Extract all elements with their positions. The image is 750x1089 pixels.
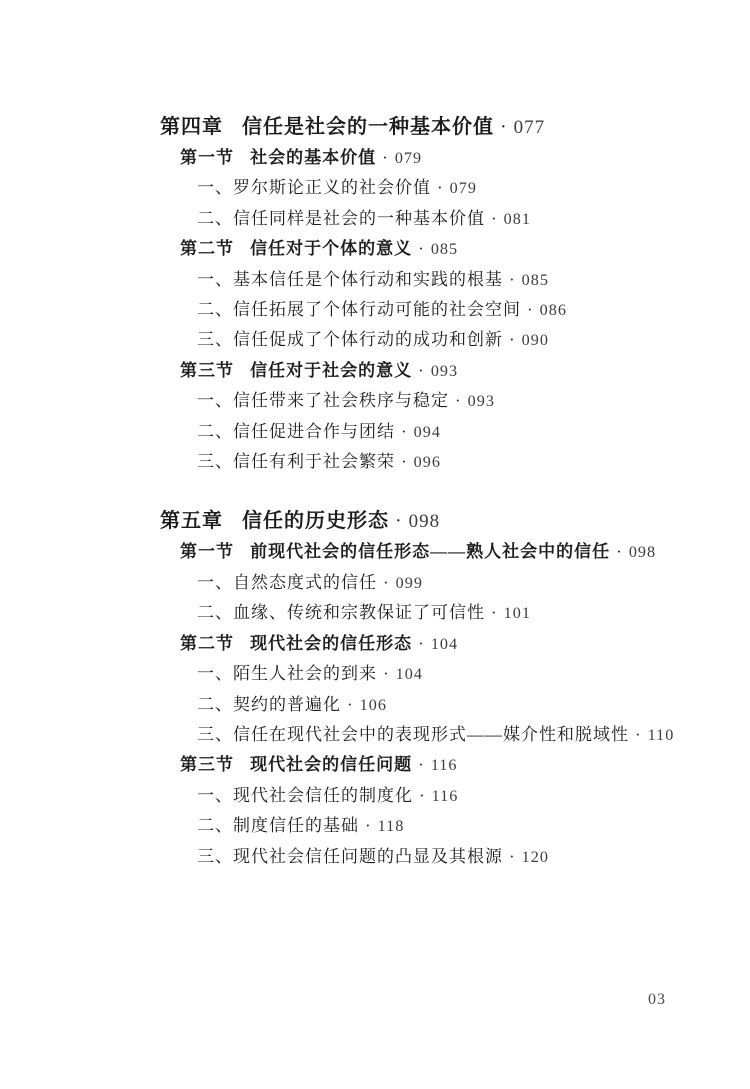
toc-item-page-ref: 094 xyxy=(414,424,441,441)
section-heading: 第一节社会的基本价值·079 xyxy=(180,143,750,173)
dot-separator: · xyxy=(500,116,508,138)
dot-separator: · xyxy=(382,148,389,167)
toc-item: 一、信任带来了社会秩序与稳定·093 xyxy=(197,386,750,416)
section-heading: 第一节前现代社会的信任形态——熟人社会中的信任·098 xyxy=(180,537,750,567)
toc-item-title: 一、陌生人社会的到来 xyxy=(197,664,377,683)
section-heading-title: 信任对于社会的意义 xyxy=(250,361,412,380)
chapter-heading: 第五章信任的历史形态·098 xyxy=(160,506,750,537)
toc-item-page-ref: 118 xyxy=(378,818,405,835)
section-heading-label: 第三节 xyxy=(180,361,234,380)
section-heading-title: 现代社会的信任形态 xyxy=(250,634,412,653)
dot-separator: · xyxy=(491,603,498,622)
toc-item-title: 三、信任促成了个体行动的成功和创新 xyxy=(197,330,503,349)
section-heading-title: 信任对于个体的意义 xyxy=(250,239,412,258)
section-heading-title: 现代社会的信任问题 xyxy=(250,755,412,774)
section-heading: 第二节信任对于个体的意义·085 xyxy=(180,234,750,264)
dot-separator: · xyxy=(635,725,642,744)
dot-separator: · xyxy=(347,695,354,714)
table-of-contents: 第四章信任是社会的一种基本价值·077第一节社会的基本价值·079一、罗尔斯论正… xyxy=(0,112,750,872)
section-heading-page-ref: 093 xyxy=(431,363,458,380)
toc-item-title: 二、信任同样是社会的一种基本价值 xyxy=(197,209,485,228)
toc-item: 二、契约的普遍化·106 xyxy=(197,690,750,720)
toc-item-title: 二、制度信任的基础 xyxy=(197,816,359,835)
toc-item-page-ref: 104 xyxy=(396,666,423,683)
toc-item: 二、信任促进合作与团结·094 xyxy=(197,417,750,447)
dot-separator: · xyxy=(455,391,462,410)
section-heading-label: 第一节 xyxy=(180,148,234,167)
toc-item: 二、信任同样是社会的一种基本价值·081 xyxy=(197,204,750,234)
toc-item-title: 二、契约的普遍化 xyxy=(197,695,341,714)
dot-separator: · xyxy=(418,755,425,774)
toc-item-title: 三、现代社会信任问题的凸显及其根源 xyxy=(197,847,503,866)
toc-item-page-ref: 099 xyxy=(396,575,423,592)
section-heading-page-ref: 079 xyxy=(395,150,422,167)
toc-item: 一、罗尔斯论正义的社会价值·079 xyxy=(197,173,750,203)
dot-separator: · xyxy=(418,361,425,380)
toc-item: 一、现代社会信任的制度化·116 xyxy=(197,781,750,811)
dot-separator: · xyxy=(491,209,498,228)
chapter-heading-label: 第五章 xyxy=(160,510,223,532)
dot-separator: · xyxy=(418,634,425,653)
section-heading: 第三节信任对于社会的意义·093 xyxy=(180,356,750,386)
section-heading-page-ref: 116 xyxy=(431,757,458,774)
toc-item-page-ref: 093 xyxy=(468,393,495,410)
dot-separator: · xyxy=(401,422,408,441)
toc-item-page-ref: 116 xyxy=(432,788,459,805)
toc-item-page-ref: 096 xyxy=(414,454,441,471)
toc-item-page-ref: 120 xyxy=(522,849,549,866)
toc-item: 一、陌生人社会的到来·104 xyxy=(197,659,750,689)
dot-separator: · xyxy=(509,847,516,866)
toc-item-page-ref: 085 xyxy=(522,272,549,289)
toc-item: 三、信任有利于社会繁荣·096 xyxy=(197,447,750,477)
toc-item-page-ref: 090 xyxy=(522,332,549,349)
toc-item-title: 三、信任有利于社会繁荣 xyxy=(197,452,395,471)
chapter-heading-page-ref: 077 xyxy=(514,117,546,138)
section-heading-title: 社会的基本价值 xyxy=(250,148,376,167)
toc-item-title: 一、自然态度式的信任 xyxy=(197,573,377,592)
dot-separator: · xyxy=(509,330,516,349)
toc-item: 二、信任拓展了个体行动可能的社会空间·086 xyxy=(197,295,750,325)
dot-separator: · xyxy=(527,300,534,319)
toc-item-page-ref: 079 xyxy=(450,180,477,197)
dot-separator: · xyxy=(419,786,426,805)
chapter-heading-label: 第四章 xyxy=(160,116,223,138)
toc-item-title: 三、信任在现代社会中的表现形式——媒介性和脱域性 xyxy=(197,725,629,744)
section-heading-title: 前现代社会的信任形态——熟人社会中的信任 xyxy=(250,542,610,561)
toc-item: 一、基本信任是个体行动和实践的根基·085 xyxy=(197,265,750,295)
page-number: 03 xyxy=(648,991,666,1009)
section-heading-label: 第二节 xyxy=(180,634,234,653)
dot-separator: · xyxy=(383,664,390,683)
section-heading: 第二节现代社会的信任形态·104 xyxy=(180,629,750,659)
chapter-heading: 第四章信任是社会的一种基本价值·077 xyxy=(160,112,750,143)
toc-item: 二、制度信任的基础·118 xyxy=(197,811,750,841)
dot-separator: · xyxy=(401,452,408,471)
dot-separator: · xyxy=(616,542,623,561)
toc-item-title: 二、血缘、传统和宗教保证了可信性 xyxy=(197,603,485,622)
toc-item-title: 二、信任拓展了个体行动可能的社会空间 xyxy=(197,300,521,319)
chapter-block: 第四章信任是社会的一种基本价值·077第一节社会的基本价值·079一、罗尔斯论正… xyxy=(0,112,750,477)
toc-item-page-ref: 110 xyxy=(648,727,675,744)
chapter-heading-title: 信任的历史形态 xyxy=(242,510,389,532)
toc-item-title: 一、信任带来了社会秩序与稳定 xyxy=(197,391,449,410)
toc-item: 三、信任在现代社会中的表现形式——媒介性和脱域性·110 xyxy=(197,720,750,750)
chapter-block: 第五章信任的历史形态·098第一节前现代社会的信任形态——熟人社会中的信任·09… xyxy=(0,506,750,871)
dot-separator: · xyxy=(418,239,425,258)
toc-item: 二、血缘、传统和宗教保证了可信性·101 xyxy=(197,598,750,628)
toc-item: 三、信任促成了个体行动的成功和创新·090 xyxy=(197,325,750,355)
toc-item-title: 一、基本信任是个体行动和实践的根基 xyxy=(197,270,503,289)
section-heading-label: 第一节 xyxy=(180,542,234,561)
section-heading-label: 第三节 xyxy=(180,755,234,774)
book-page: 第四章信任是社会的一种基本价值·077第一节社会的基本价值·079一、罗尔斯论正… xyxy=(0,0,750,1089)
toc-item-page-ref: 086 xyxy=(540,302,567,319)
toc-item-title: 一、罗尔斯论正义的社会价值 xyxy=(197,178,431,197)
dot-separator: · xyxy=(395,510,403,532)
toc-item-page-ref: 106 xyxy=(360,697,387,714)
toc-item: 三、现代社会信任问题的凸显及其根源·120 xyxy=(197,842,750,872)
toc-item-page-ref: 101 xyxy=(504,605,531,622)
dot-separator: · xyxy=(383,573,390,592)
toc-item-page-ref: 081 xyxy=(504,211,531,228)
section-heading-label: 第二节 xyxy=(180,239,234,258)
chapter-heading-page-ref: 098 xyxy=(409,511,441,532)
section-heading-page-ref: 104 xyxy=(431,636,458,653)
toc-item: 一、自然态度式的信任·099 xyxy=(197,568,750,598)
section-heading-page-ref: 085 xyxy=(431,241,458,258)
dot-separator: · xyxy=(437,178,444,197)
toc-item-title: 二、信任促进合作与团结 xyxy=(197,422,395,441)
chapter-heading-title: 信任是社会的一种基本价值 xyxy=(242,116,494,138)
section-heading-page-ref: 098 xyxy=(629,544,656,561)
dot-separator: · xyxy=(509,270,516,289)
dot-separator: · xyxy=(365,816,372,835)
section-heading: 第三节现代社会的信任问题·116 xyxy=(180,750,750,780)
toc-item-title: 一、现代社会信任的制度化 xyxy=(197,786,413,805)
